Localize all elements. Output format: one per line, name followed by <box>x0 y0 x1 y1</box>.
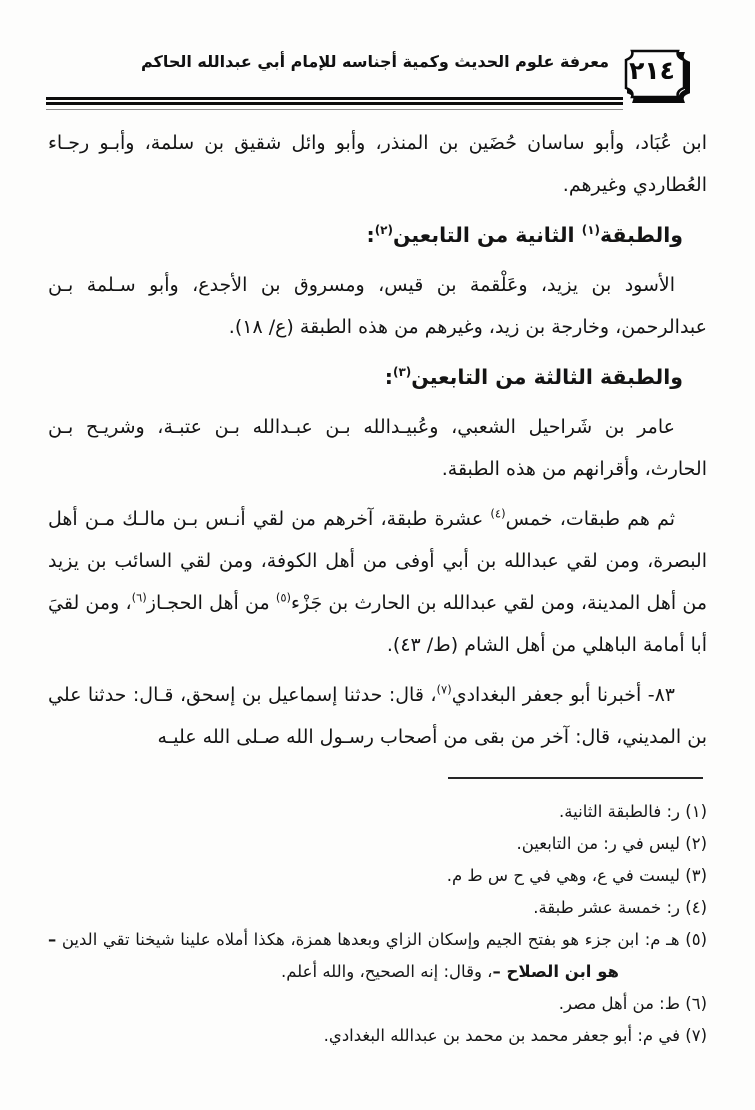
page-number: ٢١٤ <box>609 56 695 85</box>
footnote-item: (٤) ر: خمسة عشر طبقة. <box>48 892 707 924</box>
footnote-marker: (٦) <box>132 591 147 605</box>
paragraph: الأسود بن يزيد، وعَلْقمة بن قيس، ومسروق … <box>48 264 707 348</box>
footnote-marker: (٣) <box>393 365 411 379</box>
footnote-marker: (٤) <box>490 507 505 521</box>
section-heading: والطبقة الثالثة من التابعين(٣): <box>48 356 683 398</box>
header-rule <box>46 97 623 110</box>
header-rule-line <box>46 109 623 110</box>
text-segment: (٤) ر: خمسة عشر طبقة. <box>533 898 707 917</box>
body-content: ابن عُبَاد، وأبو ساسان حُضَين بن المنذر،… <box>48 122 707 766</box>
text-segment: ثم هم طبقات، خمس <box>506 508 675 530</box>
text-segment: الأسود بن يزيد، وعَلْقمة بن قيس، ومسروق … <box>48 274 707 338</box>
text-segment: ابن عُبَاد، وأبو ساسان حُضَين بن المنذر،… <box>48 132 707 196</box>
book-page: معرفة علوم الحديث وكمية أجناسه للإمام أب… <box>0 0 755 1110</box>
footnote-item: (٧) في م: أبو جعفر محمد بن محمد بن عبدال… <box>48 1020 707 1052</box>
paragraph: ٨٣- أخبرنا أبو جعفر البغدادي(٧)، قال: حد… <box>48 674 707 758</box>
text-segment: ، وقال: إنه الصحيح، والله أعلم. <box>281 962 493 981</box>
text-segment: عامر بن شَراحيل الشعبي، وعُبيـدالله بـن … <box>48 416 707 480</box>
footnote-separator <box>448 777 703 779</box>
text-segment: (٢) ليس في ر: من التابعين. <box>516 834 707 853</box>
text-segment: (٦) ط: من أهل مصر. <box>559 994 707 1013</box>
text-segment: الثانية من التابعين <box>393 223 582 247</box>
section-heading: والطبقة(١) الثانية من التابعين(٢): <box>48 214 683 256</box>
footnotes-list: (١) ر: فالطبقة الثانية.(٢) ليس في ر: من … <box>48 796 707 1052</box>
footnote-marker: (٢) <box>375 223 393 237</box>
paragraph: ثم هم طبقات، خمس(٤) عشرة طبقة، آخرهم من … <box>48 498 707 666</box>
footnote-item: (٦) ط: من أهل مصر. <box>48 988 707 1020</box>
header-rule-line <box>46 97 623 100</box>
paragraph: عامر بن شَراحيل الشعبي، وعُبيـدالله بـن … <box>48 406 707 490</box>
text-segment: (٧) في م: أبو جعفر محمد بن محمد بن عبدال… <box>324 1026 707 1045</box>
text-segment: والطبقة <box>600 223 683 247</box>
text-segment: (٥) هـ م: ابن جزء هو بفتح الجيم وإسكان ا… <box>56 930 707 949</box>
text-segment: من أهل الحجـاز <box>147 592 276 614</box>
text-segment: والطبقة الثالثة من التابعين <box>411 365 683 389</box>
footnote-item: (٢) ليس في ر: من التابعين. <box>48 828 707 860</box>
footnote-marker: (٧) <box>437 683 452 697</box>
footnote-item: (٥) هـ م: ابن جزء هو بفتح الجيم وإسكان ا… <box>48 924 707 988</box>
page-title: معرفة علوم الحديث وكمية أجناسه للإمام أب… <box>135 52 615 71</box>
header-rule-line <box>46 102 623 105</box>
text-segment: (١) ر: فالطبقة الثانية. <box>559 802 707 821</box>
paragraph: ابن عُبَاد، وأبو ساسان حُضَين بن المنذر،… <box>48 122 707 206</box>
footnote-item: (١) ر: فالطبقة الثانية. <box>48 796 707 828</box>
text-segment: : <box>385 365 393 389</box>
text-segment: ٨٣- أخبرنا أبو جعفر البغدادي <box>452 684 675 706</box>
footnote-marker: (٥) <box>276 591 291 605</box>
footnote-marker: (١) <box>582 223 600 237</box>
footnote-item: (٣) ليست في ع، وهي في ح س ط م. <box>48 860 707 892</box>
text-segment: : <box>366 223 374 247</box>
text-segment: (٣) ليست في ع، وهي في ح س ط م. <box>447 866 707 885</box>
